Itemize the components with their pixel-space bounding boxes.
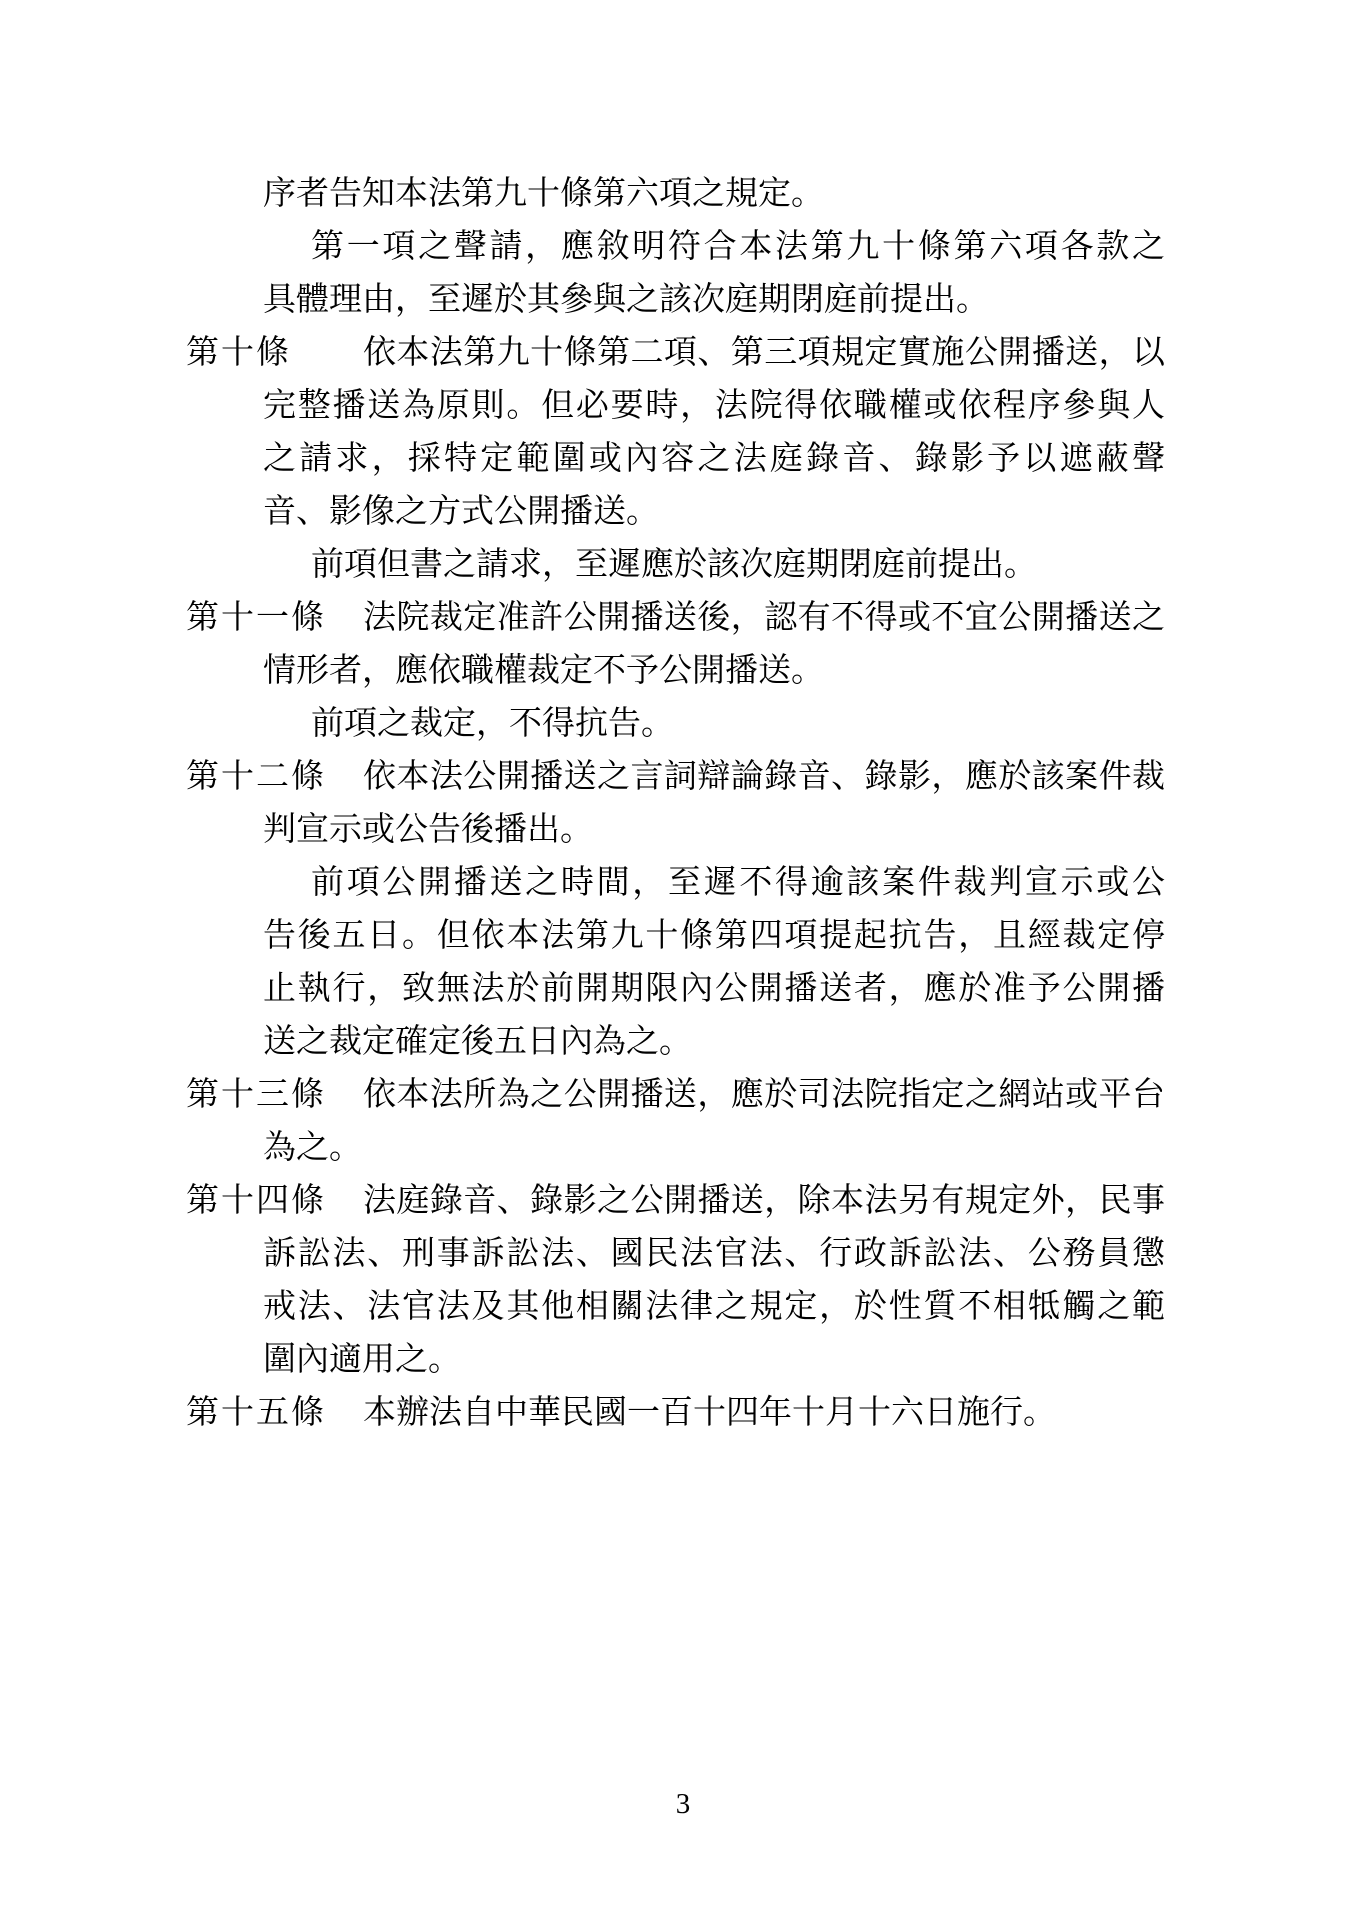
document-line: 前項之裁定，不得抗告。 xyxy=(186,698,1165,751)
document-line: 第一項之聲請，應敘明符合本法第九十條第六項各款之 xyxy=(186,221,1165,274)
document-line: 第十五條本辦法自中華民國一百十四年十月十六日施行。 xyxy=(186,1387,1165,1440)
document-line: 第十一條法院裁定准許公開播送後，認有不得或不宜公開播送之 xyxy=(186,592,1165,645)
document-line: 音、影像之方式公開播送。 xyxy=(186,486,1165,539)
line-text: 送之裁定確定後五日內為之。 xyxy=(263,1016,1165,1069)
line-text: 具體理由，至遲於其參與之該次庭期閉庭前提出。 xyxy=(263,274,1165,327)
line-text: 第一項之聲請，應敘明符合本法第九十條第六項各款之 xyxy=(311,221,1165,274)
document-page: 序者告知本法第九十條第六項之規定。第一項之聲請，應敘明符合本法第九十條第六項各款… xyxy=(0,0,1366,1931)
line-text: 圍內適用之。 xyxy=(263,1334,1165,1387)
document-content: 序者告知本法第九十條第六項之規定。第一項之聲請，應敘明符合本法第九十條第六項各款… xyxy=(186,168,1165,1440)
document-line: 前項公開播送之時間，至遲不得逾該案件裁判宣示或公 xyxy=(186,857,1165,910)
document-line: 第十二條依本法公開播送之言詞辯論錄音、錄影，應於該案件裁 xyxy=(186,751,1165,804)
document-line: 第十四條法庭錄音、錄影之公開播送，除本法另有規定外，民事 xyxy=(186,1175,1165,1228)
line-text: 訴訟法、刑事訴訟法、國民法官法、行政訴訟法、公務員懲 xyxy=(263,1228,1165,1281)
line-text: 判宣示或公告後播出。 xyxy=(263,804,1165,857)
document-line: 具體理由，至遲於其參與之該次庭期閉庭前提出。 xyxy=(186,274,1165,327)
line-text: 依本法所為之公開播送，應於司法院指定之網站或平台 xyxy=(363,1069,1165,1122)
line-text: 法院裁定准許公開播送後，認有不得或不宜公開播送之 xyxy=(363,592,1165,645)
document-line: 戒法、法官法及其他相關法律之規定，於性質不相牴觸之範 xyxy=(186,1281,1165,1334)
line-text: 完整播送為原則。但必要時，法院得依職權或依程序參與人 xyxy=(263,380,1165,433)
article-number: 第十三條 xyxy=(186,1069,326,1122)
article-number: 第十五條 xyxy=(186,1387,326,1440)
line-text: 依本法公開播送之言詞辯論錄音、錄影，應於該案件裁 xyxy=(363,751,1165,804)
article-number: 第十條 xyxy=(186,327,291,380)
line-text: 為之。 xyxy=(263,1122,1165,1175)
document-line: 告後五日。但依本法第九十條第四項提起抗告，且經裁定停 xyxy=(186,910,1165,963)
line-text: 戒法、法官法及其他相關法律之規定，於性質不相牴觸之範 xyxy=(263,1281,1165,1334)
line-text: 之請求，採特定範圍或內容之法庭錄音、錄影予以遮蔽聲 xyxy=(263,433,1165,486)
line-text: 本辦法自中華民國一百十四年十月十六日施行。 xyxy=(363,1387,1165,1440)
line-text: 止執行，致無法於前開期限內公開播送者，應於准予公開播 xyxy=(263,963,1165,1016)
line-text: 前項之裁定，不得抗告。 xyxy=(311,698,1165,751)
line-text: 前項公開播送之時間，至遲不得逾該案件裁判宣示或公 xyxy=(311,857,1165,910)
document-line: 第十條依本法第九十條第二項、第三項規定實施公開播送，以 xyxy=(186,327,1165,380)
line-text: 序者告知本法第九十條第六項之規定。 xyxy=(263,168,1165,221)
line-text: 前項但書之請求，至遲應於該次庭期閉庭前提出。 xyxy=(311,539,1165,592)
document-line: 止執行，致無法於前開期限內公開播送者，應於准予公開播 xyxy=(186,963,1165,1016)
document-line: 訴訟法、刑事訴訟法、國民法官法、行政訴訟法、公務員懲 xyxy=(186,1228,1165,1281)
document-line: 完整播送為原則。但必要時，法院得依職權或依程序參與人 xyxy=(186,380,1165,433)
document-line: 圍內適用之。 xyxy=(186,1334,1165,1387)
document-line: 第十三條依本法所為之公開播送，應於司法院指定之網站或平台 xyxy=(186,1069,1165,1122)
line-text: 依本法第九十條第二項、第三項規定實施公開播送，以 xyxy=(363,327,1165,380)
article-number: 第十四條 xyxy=(186,1175,326,1228)
line-text: 法庭錄音、錄影之公開播送，除本法另有規定外，民事 xyxy=(363,1175,1165,1228)
document-line: 判宣示或公告後播出。 xyxy=(186,804,1165,857)
document-line: 前項但書之請求，至遲應於該次庭期閉庭前提出。 xyxy=(186,539,1165,592)
article-number: 第十二條 xyxy=(186,751,326,804)
document-line: 送之裁定確定後五日內為之。 xyxy=(186,1016,1165,1069)
line-text: 音、影像之方式公開播送。 xyxy=(263,486,1165,539)
document-line: 序者告知本法第九十條第六項之規定。 xyxy=(186,168,1165,221)
document-line: 情形者，應依職權裁定不予公開播送。 xyxy=(186,645,1165,698)
line-text: 情形者，應依職權裁定不予公開播送。 xyxy=(263,645,1165,698)
page-number: 3 xyxy=(0,1786,1366,1822)
article-number: 第十一條 xyxy=(186,592,326,645)
document-line: 之請求，採特定範圍或內容之法庭錄音、錄影予以遮蔽聲 xyxy=(186,433,1165,486)
line-text: 告後五日。但依本法第九十條第四項提起抗告，且經裁定停 xyxy=(263,910,1165,963)
document-line: 為之。 xyxy=(186,1122,1165,1175)
